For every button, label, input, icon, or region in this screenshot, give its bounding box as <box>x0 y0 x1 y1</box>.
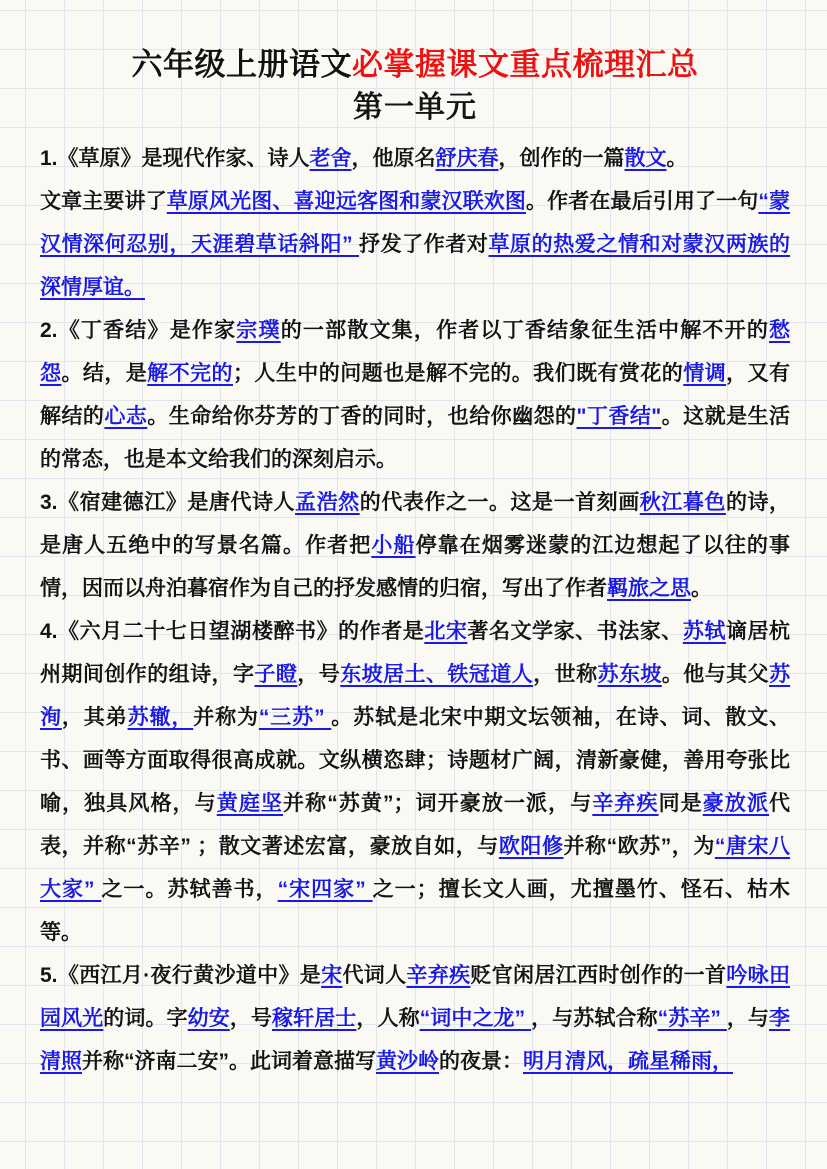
key-term: 苏辙， <box>128 706 194 729</box>
key-term: “苏辛” <box>658 1007 727 1030</box>
key-term: 黄庭坚 <box>217 792 283 815</box>
text-run: 的词。字 <box>103 1007 187 1030</box>
key-term: 辛弃疾 <box>406 964 470 987</box>
text-run: ，他原名 <box>352 147 436 170</box>
text-run: 2.《丁香结》是作家 <box>40 319 236 342</box>
text-run: 。 <box>667 147 688 170</box>
text-run: ，与 <box>727 1007 769 1030</box>
key-term: 羁旅之思 <box>607 577 691 600</box>
key-term: 子瞪 <box>254 663 297 686</box>
key-term: 情调 <box>683 362 726 385</box>
text-run: ，人称 <box>356 1007 419 1030</box>
text-run: 并称“济南二安”。此词着意描写 <box>82 1050 376 1073</box>
text-run: 。作者在最后引用了一句 <box>526 190 758 213</box>
text-run: 并称为 <box>193 706 259 729</box>
text-run: 的一部散文集，作者以丁香结象征生活中解不开的 <box>281 319 769 342</box>
key-term: 解不完的 <box>147 362 233 385</box>
key-term: 小船 <box>371 534 415 557</box>
key-term: 幼安 <box>188 1007 230 1030</box>
key-term: “词中之龙” <box>420 1007 531 1030</box>
page-title: 六年级上册语文必掌握课文重点梳理汇总 <box>40 46 790 85</box>
text-run: 并称“苏黄”；词开豪放一派，与 <box>283 792 592 815</box>
text-run: 文章主要讲了 <box>40 190 167 213</box>
paragraph-1: 1.《草原》是现代作家、诗人老舍，他原名舒庆春，创作的一篇散文。文章主要讲了草原… <box>40 137 790 309</box>
text-run: 。结，是 <box>61 362 147 385</box>
key-term: 稼轩居士 <box>272 1007 356 1030</box>
text-run: ，创作的一篇 <box>499 147 625 170</box>
text-run: 并称“欧苏”，为 <box>564 835 715 858</box>
key-term: 秋江暮色 <box>640 491 726 514</box>
key-term: 明月清风，疏星稀雨， <box>523 1050 733 1073</box>
text-run: 著名文学家、书法家、 <box>467 620 682 643</box>
notes-body: 1.《草原》是现代作家、诗人老舍，他原名舒庆春，创作的一篇散文。文章主要讲了草原… <box>40 137 790 1083</box>
text-run: 贬官闲居江西时创作的一首 <box>470 964 726 987</box>
text-run: ，与苏轼合称 <box>531 1007 658 1030</box>
paragraph-3: 3.《宿建德江》是唐代诗人孟浩然的代表作之一。这是一首刻画秋江暮色的诗，是唐人五… <box>40 481 790 610</box>
title-text: 六年级上册语文 <box>132 47 353 82</box>
text-run: 3.《宿建德江》是唐代诗人 <box>40 491 295 514</box>
text-run: 。 <box>691 577 712 600</box>
text-run: 1.《草原》是现代作家、诗人 <box>40 147 310 170</box>
text-run: ；人生中的问题也是解不完的。我们既有赏花的 <box>233 362 683 385</box>
grid-paper-page: { "colors":{ "accent_red":"#ee1111", "ac… <box>0 0 827 1169</box>
key-term: “宋四家” <box>278 878 373 901</box>
key-term: 欧阳修 <box>499 835 564 858</box>
paragraph-2: 2.《丁香结》是作家宗璞的一部散文集，作者以丁香结象征生活中解不开的愁怨。结，是… <box>40 309 790 481</box>
text-run: 。生命给你芬芳的丁香的同时，也给你幽怨的 <box>147 405 576 428</box>
text-run: ，号 <box>230 1007 272 1030</box>
key-term: 宋 <box>321 964 342 987</box>
text-run: 5.《西江月·夜行黄沙道中》是 <box>40 964 321 987</box>
key-term: 北宋 <box>424 620 467 643</box>
text-run: 代词人 <box>342 964 406 987</box>
key-term: “三苏” <box>259 706 331 729</box>
title-highlight: 必掌握课文重点梳理汇总 <box>352 47 699 82</box>
key-term: 心志 <box>104 405 147 428</box>
text-run: 的代表作之一。这是一首刻画 <box>360 491 640 514</box>
text-run: 的夜景： <box>439 1050 523 1073</box>
text-run: 抒发了作者对 <box>359 233 488 256</box>
key-term: 老舍 <box>310 147 352 170</box>
key-term: 宗璞 <box>236 319 280 342</box>
document-page: 六年级上册语文必掌握课文重点梳理汇总 第一单元 1.《草原》是现代作家、诗人老舍… <box>0 0 827 1169</box>
text-run: 。他与其父 <box>662 663 769 686</box>
text-run: 同是 <box>659 792 703 815</box>
key-term: 苏轼 <box>683 620 726 643</box>
key-term: 孟浩然 <box>295 491 360 514</box>
text-run: 之一。苏轼善书， <box>101 878 277 901</box>
paragraph-5: 5.《西江月·夜行黄沙道中》是宋代词人辛弃疾贬官闲居江西时创作的一首吟咏田园风光… <box>40 954 790 1083</box>
text-run: ，号 <box>297 663 340 686</box>
key-term: 东坡居土、铁冠道人 <box>340 663 533 686</box>
text-run: 4.《六月二十七日望湖楼醉书》的作者是 <box>40 620 424 643</box>
key-term: 苏东坡 <box>598 663 662 686</box>
key-term: 豪放派 <box>703 792 769 815</box>
paragraph-4: 4.《六月二十七日望湖楼醉书》的作者是北宋著名文学家、书法家、苏轼谪居杭州期间创… <box>40 610 790 954</box>
key-term: 黄沙岭 <box>376 1050 439 1073</box>
text-run: ，世称 <box>533 663 597 686</box>
key-term: "丁香结" <box>577 405 662 428</box>
key-term: 草原风光图、喜迎远客图和蒙汉联欢图 <box>167 190 526 213</box>
text-run: ，其弟 <box>62 706 128 729</box>
key-term: 舒庆春 <box>436 147 499 170</box>
unit-subtitle: 第一单元 <box>40 89 790 127</box>
key-term: 散文 <box>625 147 667 170</box>
key-term: 辛弃疾 <box>592 792 658 815</box>
